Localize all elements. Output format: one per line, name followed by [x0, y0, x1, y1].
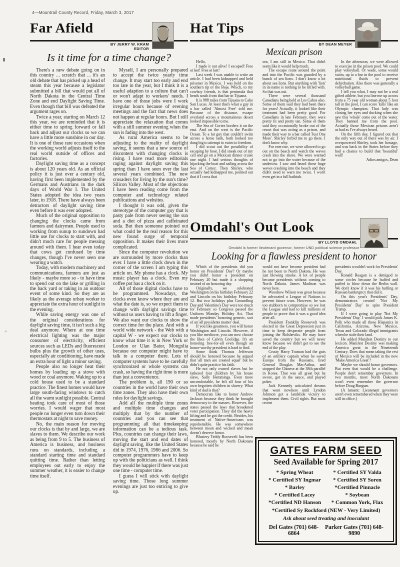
article-paragraph: People also no longer heat their homes b… [30, 365, 105, 422]
newspaper-page: 4—Mountrail County Record, Friday, March… [0, 0, 400, 567]
article-paragraph: President Franklin Roosevelt was elected… [263, 320, 326, 350]
hat-tips-byline: BY DEAN MEYER [190, 42, 352, 47]
article-paragraph: Jack Kennedy articulated dreams that wen… [263, 384, 326, 405]
omdahl-column-1: Which of the presidents did you honor on… [190, 265, 253, 512]
article-paragraph: Maybe we should honor governors. But eve… [335, 363, 398, 389]
ad-contacts: Del Gates (701) 648-6864 Parker Gates (7… [264, 525, 389, 537]
article-paragraph: Daylight saving time as a concept is abo… [30, 162, 105, 214]
far-afield-column-1: There's a new debate going on in this co… [30, 68, 105, 514]
article-paragraph: Ronald Reagan is a demigod to some circl… [335, 274, 398, 295]
article-paragraph: I tell you what, I may not be a real gif… [335, 90, 398, 133]
scan-artifact [3, 58, 5, 62]
far-afield-byline: BY JERRY W. KRAM EDITOR [30, 42, 149, 51]
article-paragraph: Since the computer revolution we are sur… [113, 250, 188, 286]
article-paragraph: There's a new debate going on in this co… [30, 68, 105, 115]
ad-title: GATES FARM SEED [264, 445, 389, 457]
ad-seed-item: * Common York, Flax [326, 499, 389, 507]
gates-farm-seed-ad: GATES FARM SEED Seed Available for Sprin… [255, 437, 397, 545]
article-paragraph: would not have become president had he n… [263, 265, 326, 291]
article-paragraph: (A lament: Lieutenant governors aren't e… [335, 388, 398, 401]
ad-limited-line: *Certified Sy Rockford (NEW - Very Limit… [264, 507, 389, 514]
article-paragraph: I thought it was odd, given the stereoty… [113, 203, 188, 250]
article-paragraph: In the afternoon, we were allowed to exe… [335, 60, 398, 90]
article-paragraph: Woodrow Wilson was great because he advo… [263, 291, 326, 321]
article-paragraph: Today, with modern machinery and communi… [30, 266, 105, 313]
article-paragraph: Twice a year, starting on March 12 this … [30, 115, 105, 162]
article-paragraph: He added Manifest Destiny to our lexicon… [335, 337, 398, 363]
article-paragraph: Originally, we celebrated Washington on … [190, 286, 253, 324]
article-paragraph: All of those digital clocks have to be p… [113, 287, 188, 381]
ad-seed-item: * Barley [264, 484, 327, 492]
article-paragraph: The problem is, all 190 or so countries … [113, 380, 188, 401]
article-paragraph: While saving energy was one of the origi… [30, 313, 105, 365]
far-afield-headline: Is it time for a time change? [30, 51, 188, 64]
article-paragraph: For exercise, we were allowed to go out … [263, 145, 326, 179]
ad-contact-right: Parker Gates (701) 648-9890 [322, 525, 387, 537]
ad-inner-frame: GATES FARM SEED Seed Available for Sprin… [258, 440, 394, 542]
right-page-region: Hat Tips BY DEAN MEYER Mexican prison He… [190, 18, 398, 564]
far-afield-body: There's a new debate going on in this co… [30, 68, 188, 514]
scan-artifact: + [5, 330, 9, 334]
ad-note: Ask about seed treating and inoculant [264, 515, 389, 522]
hat-tips-column-2: sea, I am still in Mexico. That didn't s… [263, 60, 326, 212]
article-paragraph: If I were going to play 'Not My Presiden… [335, 312, 398, 338]
article-paragraph: I did scout out the possibility of escap… [190, 145, 253, 179]
article-paragraph: No, the main reason for moving our clock… [30, 422, 105, 479]
ad-seed-item: * Certified SY Soren [326, 477, 389, 485]
article-paragraph: Last week I was unable to write an artic… [190, 73, 253, 99]
article-paragraph: It is 988 miles from Tijuana to Cabo San… [190, 98, 253, 124]
article-paragraph: The escape route around the point and in… [263, 69, 326, 95]
article-paragraph: Add all the multiple time zones and mult… [113, 401, 188, 474]
article-paragraph: Crusty Harry Truman had the guts of an a… [263, 350, 326, 384]
far-afield-section: Far Afield BY JERRY W. KRAM EDITOR Is it… [30, 18, 188, 564]
ad-seed-item: * Certified SY Valda [326, 469, 389, 477]
hat-tips-body: Hello, I made it out alive! I escaped! F… [190, 60, 398, 212]
article-paragraph: There were several thousand Canadians be… [263, 94, 326, 145]
ad-seed-item: * Certified Lacey [264, 492, 327, 500]
article-paragraph: Which of the presidents did you honor on… [190, 265, 253, 286]
edition-line: 4—Mountrail County Record, Friday, March… [32, 10, 134, 15]
ad-contact-left: Del Gates (701) 648-6864 [266, 525, 322, 537]
omdahl-headline: Looking for a flawless president to hono… [190, 251, 398, 263]
far-afield-column-2: Myself, I am personally prepared to acce… [113, 68, 188, 514]
omdahl-column-3: presidents wouldn't work for Presidents'… [335, 265, 398, 430]
article-paragraph: If you like greatness, you will honor Wa… [190, 325, 253, 351]
article-paragraph: He not only owned slaves but he fathered… [190, 367, 253, 393]
ad-seed-item: * Spring Wheat [264, 469, 327, 477]
article-paragraph: I guess I will stick with daylight savin… [113, 474, 188, 495]
hat-tips-column-3: In the afternoon, we were allowed to exe… [335, 60, 398, 212]
hat-tips-column-1: Hello, I made it out alive! I escaped! F… [190, 60, 253, 212]
article-paragraph: As rural America seems to be adjusting t… [113, 136, 188, 204]
ad-seed-item: * Soybean [326, 492, 389, 500]
ad-seed-item: *Certified Pinnacle [326, 484, 389, 492]
article-paragraph: Blustery Teddy Roosevelt has been honore… [190, 435, 253, 448]
jerry-kram-portrait-photo [152, 22, 174, 49]
hat-tips-headline: Mexican prison [190, 47, 398, 58]
article-paragraph: The Sea of Cortez borders it on the east… [190, 124, 253, 145]
article-paragraph: I made it out alive! I escaped! Free at … [190, 64, 253, 73]
article-paragraph: Myself, I am personally prepared to acce… [113, 68, 188, 136]
article-signature: Adios amigos, Dean [335, 158, 398, 162]
omdahl-byline: BY LLOYD OMDAHL [190, 240, 357, 245]
ad-seed-item: *Certified ND Hanson [264, 499, 327, 507]
ad-subtitle: Seed Available for Spring 2017 [264, 458, 389, 468]
article-paragraph: Democrats like to honor Andrew Jackson b… [190, 393, 253, 436]
article-paragraph: On the fifth day, I figured out that the… [335, 132, 398, 158]
omdahl-column-2: would not have become president had he n… [263, 265, 326, 437]
article-paragraph: Much of the original opposition to chang… [30, 214, 105, 266]
dean-meyer-portrait-photo [355, 19, 381, 48]
ad-seed-item: * Certified SY Ingmar [264, 477, 327, 485]
lloyd-omdahl-portrait-photo [360, 218, 388, 248]
ad-seed-list: * Spring Wheat * Certified SY Valda * Ce… [264, 469, 389, 507]
article-paragraph: Some think Thomas Jefferson should be ho… [190, 350, 253, 367]
article-paragraph: On this year's Presidents' Day, demonstr… [335, 295, 398, 312]
